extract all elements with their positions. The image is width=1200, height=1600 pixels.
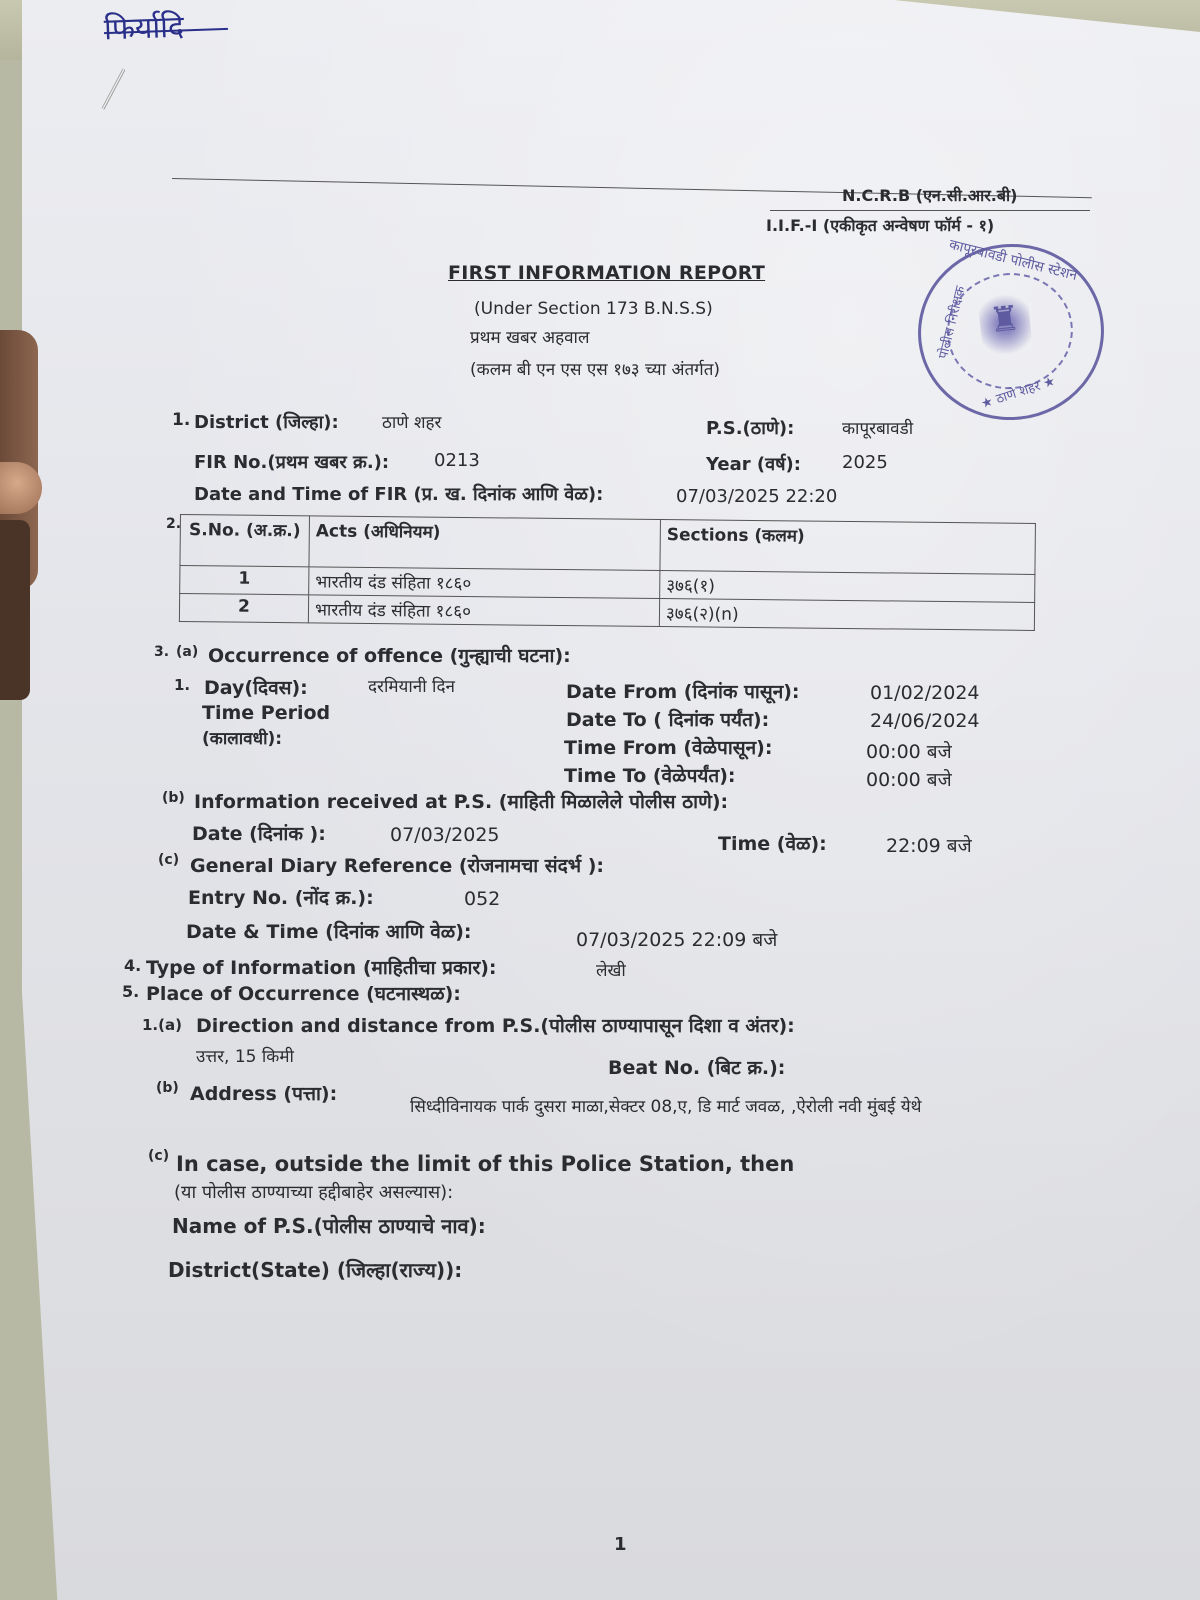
- section-5c-marker: (c): [148, 1148, 169, 1164]
- outside-limit-label-mr: (या पोलीस ठाण्याच्या हद्दीबाहेर असल्यास)…: [174, 1180, 453, 1204]
- section-4-number: 4.: [124, 956, 141, 975]
- info-time-label: Time (वेळ):: [718, 830, 827, 856]
- address-label: Address (पत्ता):: [190, 1080, 337, 1106]
- acts-sections-table: S.No. (अ.क्र.) Acts (अधिनियम) Sections (…: [179, 514, 1036, 631]
- time-to-value: 00:00 बजे: [866, 766, 952, 792]
- section-3-number: 3.: [154, 644, 169, 660]
- fir-no-value: 0213: [434, 450, 480, 471]
- day-value: दरमियानी दिन: [368, 674, 455, 697]
- section-5a-marker: 1.(a): [142, 1016, 182, 1034]
- direction-label: Direction and distance from P.S.(पोलीस ठ…: [196, 1012, 795, 1038]
- day-label: Day(दिवस):: [204, 674, 308, 700]
- entry-no-value: 052: [464, 888, 500, 910]
- subtitle-marathi: प्रथम खबर अहवाल: [470, 325, 589, 348]
- date-to-value: 24/06/2024: [870, 710, 980, 732]
- page-title: FIRST INFORMATION REPORT: [448, 262, 765, 284]
- row-sno: 2: [179, 594, 308, 623]
- diary-reference-label: General Diary Reference (रोजनामचा संदर्भ…: [190, 852, 604, 878]
- fir-datetime-label: Date and Time of FIR (प्र. ख. दिनांक आणि…: [194, 482, 603, 506]
- district-value: ठाणे शहर: [382, 410, 442, 433]
- section-5b-marker: (b): [156, 1080, 179, 1096]
- date-from-value: 01/02/2024: [870, 682, 980, 704]
- header-rule-2: [770, 210, 1090, 211]
- section-3b-marker: (b): [162, 790, 185, 806]
- info-date-label: Date (दिनांक ):: [192, 820, 326, 846]
- subtitle-marathi-section: (कलम बी एन एस एस १७३ च्या अंतर्गत): [470, 357, 720, 380]
- time-period-label-mr: (कालावधी):: [202, 726, 282, 749]
- table-header-row: S.No. (अ.क्र.) Acts (अधिनियम) Sections (…: [180, 515, 1035, 575]
- subtitle-section: (Under Section 173 B.N.S.S): [474, 299, 713, 319]
- ps-label: P.S.(ठाणे):: [706, 416, 794, 440]
- header-acts: Acts (अधिनियम): [309, 516, 661, 571]
- page-number: 1: [614, 1534, 627, 1555]
- time-period-label: Time Period: [202, 702, 330, 724]
- district-state-label: District(State) (जिल्हा(राज्य)):: [168, 1256, 462, 1283]
- fir-datetime-value: 07/03/2025 22:20: [676, 486, 837, 507]
- row-act: भारतीय दंड संहिता १८६०: [308, 595, 659, 627]
- fir-no-label: FIR No.(प्रथम खबर क्र.):: [194, 450, 389, 474]
- date-to-label: Date To ( दिनांक पर्यंत):: [566, 706, 769, 732]
- entry-no-label: Entry No. (नोंद क्र.):: [188, 884, 374, 910]
- info-time-value: 22:09 बजे: [886, 832, 972, 858]
- info-type-label: Type of Information (माहितीचा प्रकार):: [146, 954, 497, 980]
- ps-value: कापूरबावडी: [842, 416, 913, 439]
- section-3a-marker: (a): [176, 644, 198, 660]
- handwritten-annotation: फिर्यादि: [103, 5, 184, 49]
- district-label: District (जिल्हा):: [194, 410, 339, 434]
- time-from-value: 00:00 बजे: [866, 738, 952, 764]
- row-section: ३७६(२)(n): [659, 599, 1034, 631]
- address-value: सिध्दीविनायक पार्क दुसरा माळा,सेक्टर 08,…: [410, 1094, 922, 1117]
- outside-limit-label: In case, outside the limit of this Polic…: [176, 1152, 794, 1176]
- row-section: ३७६(१): [660, 571, 1035, 603]
- ncrb-label: N.C.R.B (एन.सी.आर.बी): [842, 184, 1017, 206]
- row-sno: 1: [180, 566, 309, 595]
- ashoka-emblem-icon: ♜: [977, 287, 1034, 362]
- info-received-label: Information received at P.S. (माहिती मिळ…: [194, 788, 728, 814]
- section-3c-marker: (c): [158, 852, 179, 868]
- diary-datetime-label: Date & Time (दिनांक आणि वेळ):: [186, 918, 471, 944]
- section-5-number: 5.: [122, 982, 139, 1001]
- row-act: भारतीय दंड संहिता १८६०: [309, 567, 660, 599]
- direction-value: उत्तर, 15 किमी: [196, 1044, 294, 1067]
- year-label: Year (वर्ष):: [706, 452, 801, 476]
- holding-hand: [0, 520, 30, 700]
- header-sections: Sections (कलम): [660, 520, 1036, 575]
- time-from-label: Time From (वेळेपासून):: [564, 734, 772, 760]
- place-label: Place of Occurrence (घटनास्थळ):: [146, 980, 461, 1006]
- ps-name-label: Name of P.S.(पोलीस ठाण्याचे नाव):: [172, 1212, 486, 1239]
- beat-no-label: Beat No. (बिट क्र.):: [608, 1054, 785, 1080]
- iif-label: I.I.F.-I (एकीकृत अन्वेषण फॉर्म - १): [766, 214, 994, 236]
- date-from-label: Date From (दिनांक पासून):: [566, 678, 800, 704]
- time-to-label: Time To (वेळेपर्यंत):: [564, 762, 736, 788]
- header-sno: S.No. (अ.क्र.): [180, 515, 310, 567]
- occurrence-label: Occurrence of offence (गुन्ह्याची घटना):: [208, 642, 571, 668]
- section-1-number: 1.: [172, 410, 190, 430]
- diary-datetime-value: 07/03/2025 22:09 बजे: [576, 926, 777, 952]
- section-2-number: 2.: [166, 516, 181, 532]
- occurrence-item-number: 1.: [174, 676, 190, 694]
- info-type-value: लेखी: [596, 958, 626, 981]
- year-value: 2025: [842, 452, 888, 473]
- info-date-value: 07/03/2025: [390, 824, 500, 846]
